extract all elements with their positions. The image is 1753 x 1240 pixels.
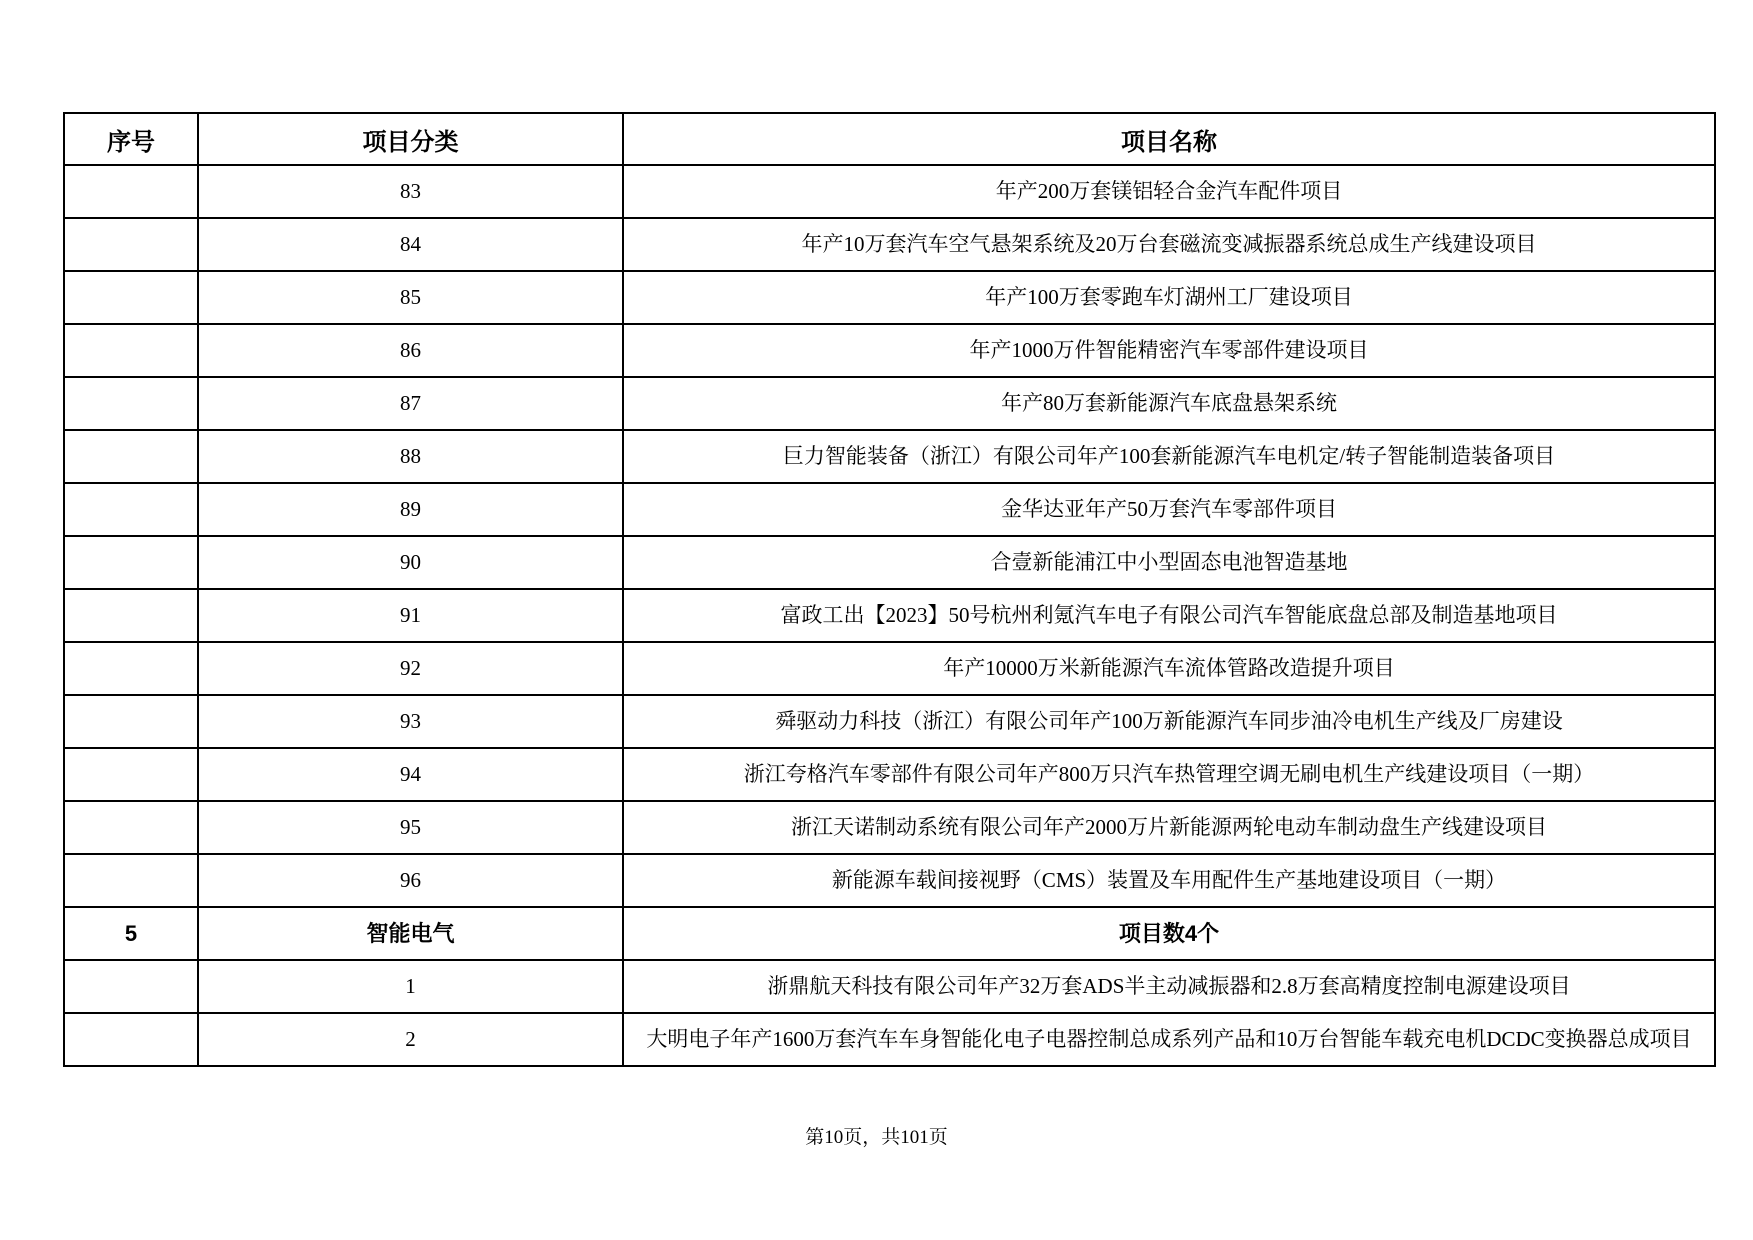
row-category-cell: 84 xyxy=(198,218,623,271)
row-name-cell: 金华达亚年产50万套汽车零部件项目 xyxy=(623,483,1715,536)
table-row: 83年产200万套镁铝轻合金汽车配件项目 xyxy=(64,165,1715,218)
table-row: 91富政工出【2023】50号杭州利氪汽车电子有限公司汽车智能底盘总部及制造基地… xyxy=(64,589,1715,642)
row-name-cell: 合壹新能浦江中小型固态电池智造基地 xyxy=(623,536,1715,589)
row-category-cell: 95 xyxy=(198,801,623,854)
row-serial-cell xyxy=(64,430,198,483)
row-serial-cell xyxy=(64,589,198,642)
row-category-cell: 92 xyxy=(198,642,623,695)
table-row: 88巨力智能装备（浙江）有限公司年产100套新能源汽车电机定/转子智能制造装备项… xyxy=(64,430,1715,483)
table-row: 2大明电子年产1600万套汽车车身智能化电子电器控制总成系列产品和10万台智能车… xyxy=(64,1013,1715,1066)
row-name-cell: 新能源车载间接视野（CMS）装置及车用配件生产基地建设项目（一期） xyxy=(623,854,1715,907)
row-category-cell: 90 xyxy=(198,536,623,589)
table-row: 95浙江天诺制动系统有限公司年产2000万片新能源两轮电动车制动盘生产线建设项目 xyxy=(64,801,1715,854)
row-serial-cell xyxy=(64,536,198,589)
row-name-cell: 年产200万套镁铝轻合金汽车配件项目 xyxy=(623,165,1715,218)
table-row: 85年产100万套零跑车灯湖州工厂建设项目 xyxy=(64,271,1715,324)
section-row: 5智能电气项目数4个 xyxy=(64,907,1715,960)
row-name-cell: 项目数4个 xyxy=(623,907,1715,960)
row-serial-cell: 5 xyxy=(64,907,198,960)
table-row: 94浙江夸格汽车零部件有限公司年产800万只汽车热管理空调无刷电机生产线建设项目… xyxy=(64,748,1715,801)
row-category-cell: 83 xyxy=(198,165,623,218)
row-category-cell: 1 xyxy=(198,960,623,1013)
page-footer: 第10页，共101页 xyxy=(0,1122,1753,1149)
table-row: 1浙鼎航天科技有限公司年产32万套ADS半主动减振器和2.8万套高精度控制电源建… xyxy=(64,960,1715,1013)
project-table: 序号 项目分类 项目名称 83年产200万套镁铝轻合金汽车配件项目84年产10万… xyxy=(63,112,1716,1067)
row-category-cell: 86 xyxy=(198,324,623,377)
table-row: 96新能源车载间接视野（CMS）装置及车用配件生产基地建设项目（一期） xyxy=(64,854,1715,907)
table-row: 87年产80万套新能源汽车底盘悬架系统 xyxy=(64,377,1715,430)
row-name-cell: 浙江夸格汽车零部件有限公司年产800万只汽车热管理空调无刷电机生产线建设项目（一… xyxy=(623,748,1715,801)
row-category-cell: 87 xyxy=(198,377,623,430)
row-serial-cell xyxy=(64,854,198,907)
table-row: 93舜驱动力科技（浙江）有限公司年产100万新能源汽车同步油冷电机生产线及厂房建… xyxy=(64,695,1715,748)
row-serial-cell xyxy=(64,801,198,854)
row-category-cell: 85 xyxy=(198,271,623,324)
row-name-cell: 浙江天诺制动系统有限公司年产2000万片新能源两轮电动车制动盘生产线建设项目 xyxy=(623,801,1715,854)
table-body: 83年产200万套镁铝轻合金汽车配件项目84年产10万套汽车空气悬架系统及20万… xyxy=(64,165,1715,1066)
row-category-cell: 智能电气 xyxy=(198,907,623,960)
row-serial-cell xyxy=(64,642,198,695)
header-project-name: 项目名称 xyxy=(623,113,1715,165)
header-project-category: 项目分类 xyxy=(198,113,623,165)
row-serial-cell xyxy=(64,271,198,324)
row-name-cell: 年产100万套零跑车灯湖州工厂建设项目 xyxy=(623,271,1715,324)
row-serial-cell xyxy=(64,748,198,801)
row-serial-cell xyxy=(64,165,198,218)
row-name-cell: 富政工出【2023】50号杭州利氪汽车电子有限公司汽车智能底盘总部及制造基地项目 xyxy=(623,589,1715,642)
row-name-cell: 年产10万套汽车空气悬架系统及20万台套磁流变减振器系统总成生产线建设项目 xyxy=(623,218,1715,271)
row-name-cell: 年产1000万件智能精密汽车零部件建设项目 xyxy=(623,324,1715,377)
table-row: 92年产10000万米新能源汽车流体管路改造提升项目 xyxy=(64,642,1715,695)
row-serial-cell xyxy=(64,377,198,430)
row-name-cell: 大明电子年产1600万套汽车车身智能化电子电器控制总成系列产品和10万台智能车载… xyxy=(623,1013,1715,1066)
row-serial-cell xyxy=(64,218,198,271)
row-serial-cell xyxy=(64,483,198,536)
row-serial-cell xyxy=(64,960,198,1013)
header-serial-number: 序号 xyxy=(64,113,198,165)
row-name-cell: 年产10000万米新能源汽车流体管路改造提升项目 xyxy=(623,642,1715,695)
row-category-cell: 94 xyxy=(198,748,623,801)
row-name-cell: 舜驱动力科技（浙江）有限公司年产100万新能源汽车同步油冷电机生产线及厂房建设 xyxy=(623,695,1715,748)
row-serial-cell xyxy=(64,1013,198,1066)
row-category-cell: 96 xyxy=(198,854,623,907)
table-row: 90合壹新能浦江中小型固态电池智造基地 xyxy=(64,536,1715,589)
row-category-cell: 89 xyxy=(198,483,623,536)
row-category-cell: 88 xyxy=(198,430,623,483)
row-name-cell: 巨力智能装备（浙江）有限公司年产100套新能源汽车电机定/转子智能制造装备项目 xyxy=(623,430,1715,483)
row-name-cell: 浙鼎航天科技有限公司年产32万套ADS半主动减振器和2.8万套高精度控制电源建设… xyxy=(623,960,1715,1013)
document-page: 序号 项目分类 项目名称 83年产200万套镁铝轻合金汽车配件项目84年产10万… xyxy=(0,0,1753,1240)
row-serial-cell xyxy=(64,695,198,748)
row-category-cell: 2 xyxy=(198,1013,623,1066)
table-row: 89金华达亚年产50万套汽车零部件项目 xyxy=(64,483,1715,536)
row-category-cell: 91 xyxy=(198,589,623,642)
table-header-row: 序号 项目分类 项目名称 xyxy=(64,113,1715,165)
table-row: 84年产10万套汽车空气悬架系统及20万台套磁流变减振器系统总成生产线建设项目 xyxy=(64,218,1715,271)
row-name-cell: 年产80万套新能源汽车底盘悬架系统 xyxy=(623,377,1715,430)
row-serial-cell xyxy=(64,324,198,377)
table-row: 86年产1000万件智能精密汽车零部件建设项目 xyxy=(64,324,1715,377)
row-category-cell: 93 xyxy=(198,695,623,748)
